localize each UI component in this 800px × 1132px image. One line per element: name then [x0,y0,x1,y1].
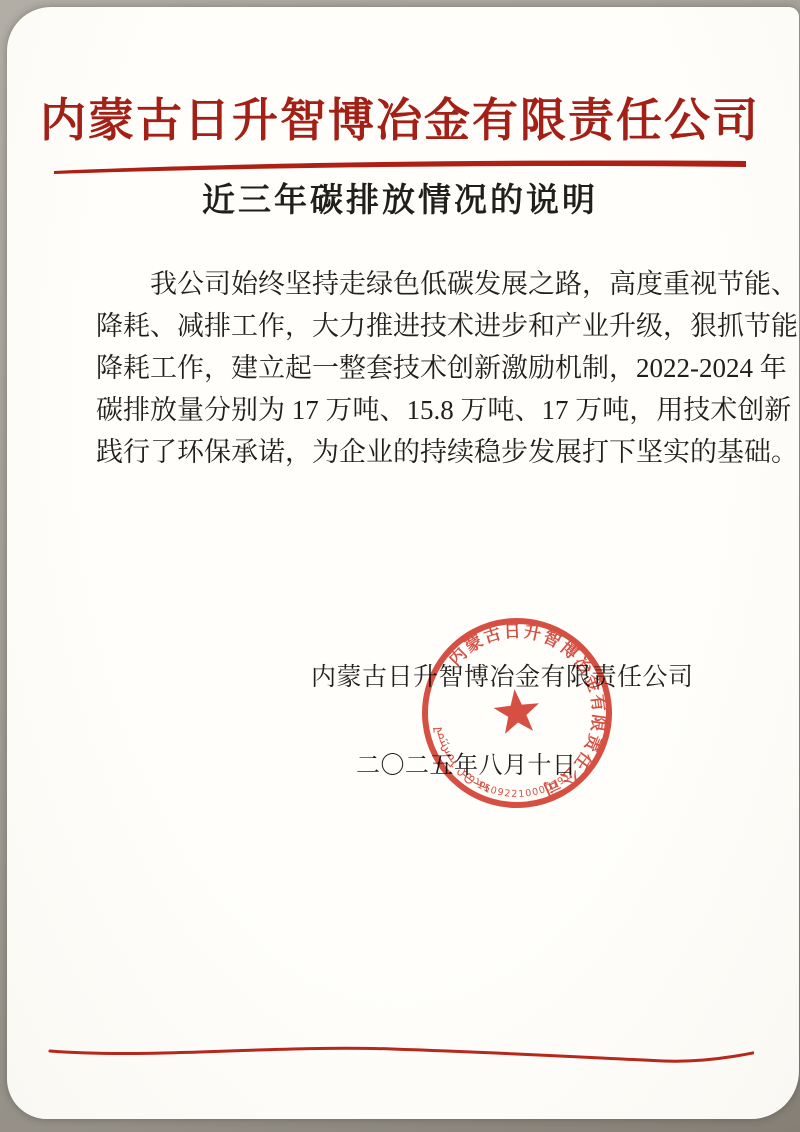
body-line: 降耗、减排工作，大力推进技术进步和产业升级，狠抓节能 [96,305,714,347]
scanned-page-background: 内蒙古日升智博冶金有限责任公司 近三年碳排放情况的说明 我公司始终坚持走绿色低碳… [0,0,800,1132]
body-line: 我公司始终坚持走绿色低碳发展之路，高度重视节能、 [96,263,714,305]
body-line: 降耗工作，建立起一整套技术创新激励机制，2022-2024 年 [96,347,714,389]
body-line: 践行了环保承诺，为企业的持续稳步发展打下坚实的基础。 [96,431,714,473]
company-seal-stamp: 内蒙古日升智博冶金有限责任公司 ᠥᠪᠥᠷ ᠮᠣᠩᠭᠣᠯ 150922100007… [407,603,627,823]
footer-rule-line [42,1038,754,1068]
body-paragraph: 我公司始终坚持走绿色低碳发展之路，高度重视节能、 降耗、减排工作，大力推进技术进… [96,263,714,473]
document-title: 近三年碳排放情况的说明 [0,174,800,221]
body-line: 碳排放量分别为 17 万吨、15.8 万吨、17 万吨，用技术创新 [96,389,714,431]
star-icon [492,687,542,735]
company-letterhead-title: 内蒙古日升智博冶金有限责任公司 [0,84,800,150]
